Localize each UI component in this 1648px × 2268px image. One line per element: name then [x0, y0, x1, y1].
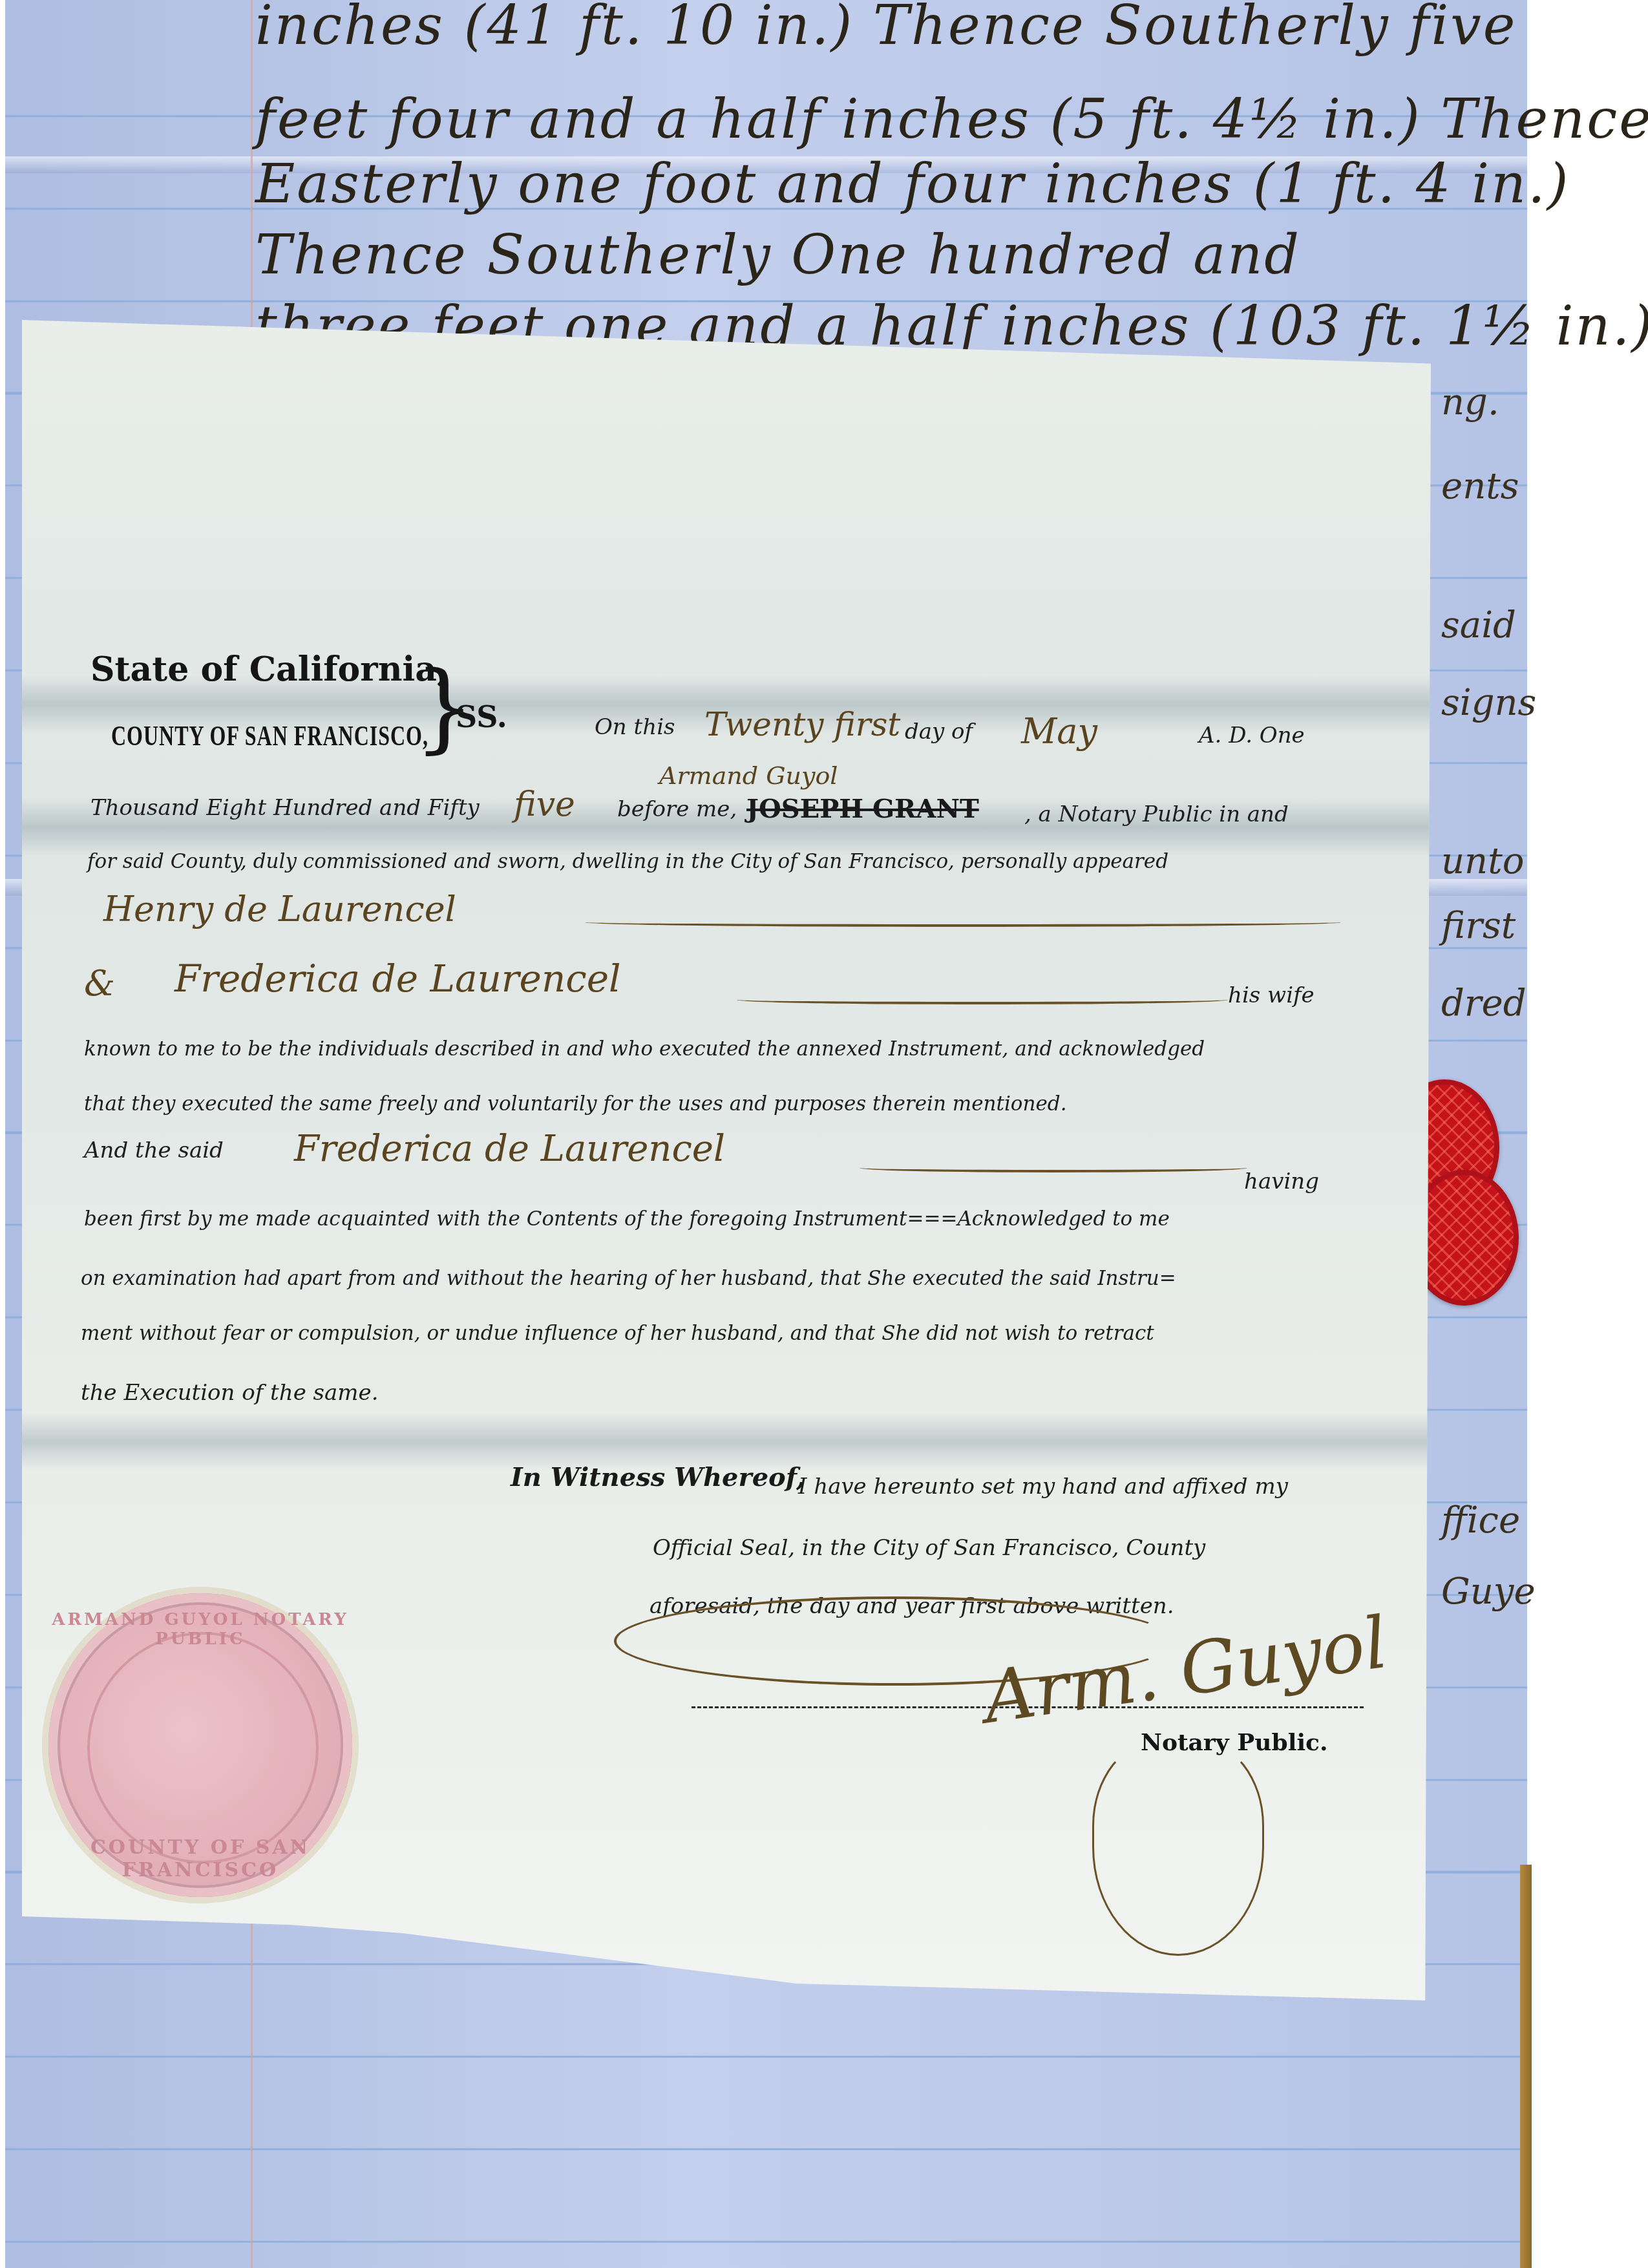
printed-text: Official Seal, in the City of San Franci… — [653, 1535, 1205, 1561]
handwritten-year-word: five — [514, 785, 575, 824]
printed-text: his wife — [1228, 982, 1315, 1008]
deed-text-line: Easterly one foot and four inches (1 ft.… — [255, 152, 1570, 215]
printed-text: for said County, duly commissioned and s… — [87, 850, 1168, 873]
fill-line — [860, 1163, 1247, 1172]
handwritten-month: May — [1021, 711, 1097, 752]
printed-text: , a Notary Public in and — [1024, 801, 1289, 827]
printed-text: day of — [905, 719, 973, 745]
fill-line — [737, 995, 1228, 1004]
deed-text-line: Thence Southerly One hundred and — [255, 223, 1301, 286]
seal-bottom-text: COUNTY OF SAN FRANCISCO — [48, 1836, 352, 1881]
deed-margin-fragment: ents — [1441, 465, 1519, 507]
venue-state: State of California, — [90, 650, 449, 689]
deed-text-line: feet four and a half inches (5 ft. 4½ in… — [255, 87, 1648, 151]
handwritten-party-wife-repeat: Frederica de Laurencel — [294, 1128, 725, 1170]
venue-county: COUNTY OF SAN FRANCISCO, — [111, 719, 428, 752]
seal-top-text: ARMAND GUYOL NOTARY PUBLIC — [48, 1610, 352, 1649]
printed-text: I have hereunto set my hand and affixed … — [798, 1474, 1288, 1500]
printed-text: Thousand Eight Hundred and Fifty — [90, 795, 480, 821]
deed-margin-fragment: dred — [1441, 982, 1527, 1024]
deed-text-line: inches (41 ft. 10 in.) Thence Southerly … — [255, 0, 1517, 57]
signature-loop — [1092, 1739, 1264, 1956]
handwritten-notary-name: Armand Guyol — [659, 761, 838, 790]
deed-margin-fragment: unto — [1441, 840, 1524, 882]
struck-printed-notary-name: JOSEPH GRANT — [746, 794, 979, 824]
printed-text: ment without fear or compulsion, or undu… — [81, 1322, 1154, 1345]
printed-text: that they executed the same freely and v… — [84, 1092, 1066, 1116]
deed-margin-fragment: said — [1441, 604, 1516, 646]
witness-heading: In Witness Whereof, — [511, 1462, 805, 1492]
handwritten-day: Twenty first — [704, 706, 900, 743]
handwritten-party-husband: Henry de Laurencel — [103, 889, 456, 929]
seal-inner-ring — [87, 1632, 319, 1863]
deed-margin-fragment: ng. — [1441, 381, 1499, 423]
printed-text: before me, — [617, 796, 737, 822]
printed-text: been first by me made acquainted with th… — [84, 1207, 1170, 1231]
venue-ss: SS. — [456, 699, 507, 734]
printed-text: the Execution of the same. — [81, 1380, 379, 1406]
embossed-notary-seal: ARMAND GUYOL NOTARY PUBLIC COUNTY OF SAN… — [48, 1593, 352, 1897]
deed-margin-fragment: first — [1441, 905, 1516, 947]
fill-line — [585, 918, 1341, 927]
handwritten-party-wife: Frederica de Laurencel — [174, 957, 621, 1001]
deed-margin-fragment: Guye — [1441, 1571, 1536, 1613]
printed-text: On this — [595, 714, 675, 740]
notary-title: Notary Public. — [1141, 1729, 1328, 1756]
printed-text: on examination had apart from and withou… — [81, 1267, 1176, 1290]
printed-text: known to me to be the individuals descri… — [84, 1037, 1205, 1061]
deed-margin-fragment: ffice — [1441, 1500, 1520, 1542]
paper-edge — [1520, 1865, 1532, 2268]
handwritten-ampersand: & — [84, 963, 115, 1004]
printed-text: having — [1244, 1169, 1319, 1194]
deed-margin-fragment: signs — [1441, 682, 1536, 724]
printed-text: A. D. One — [1199, 723, 1305, 748]
printed-text: And the said — [84, 1138, 224, 1163]
